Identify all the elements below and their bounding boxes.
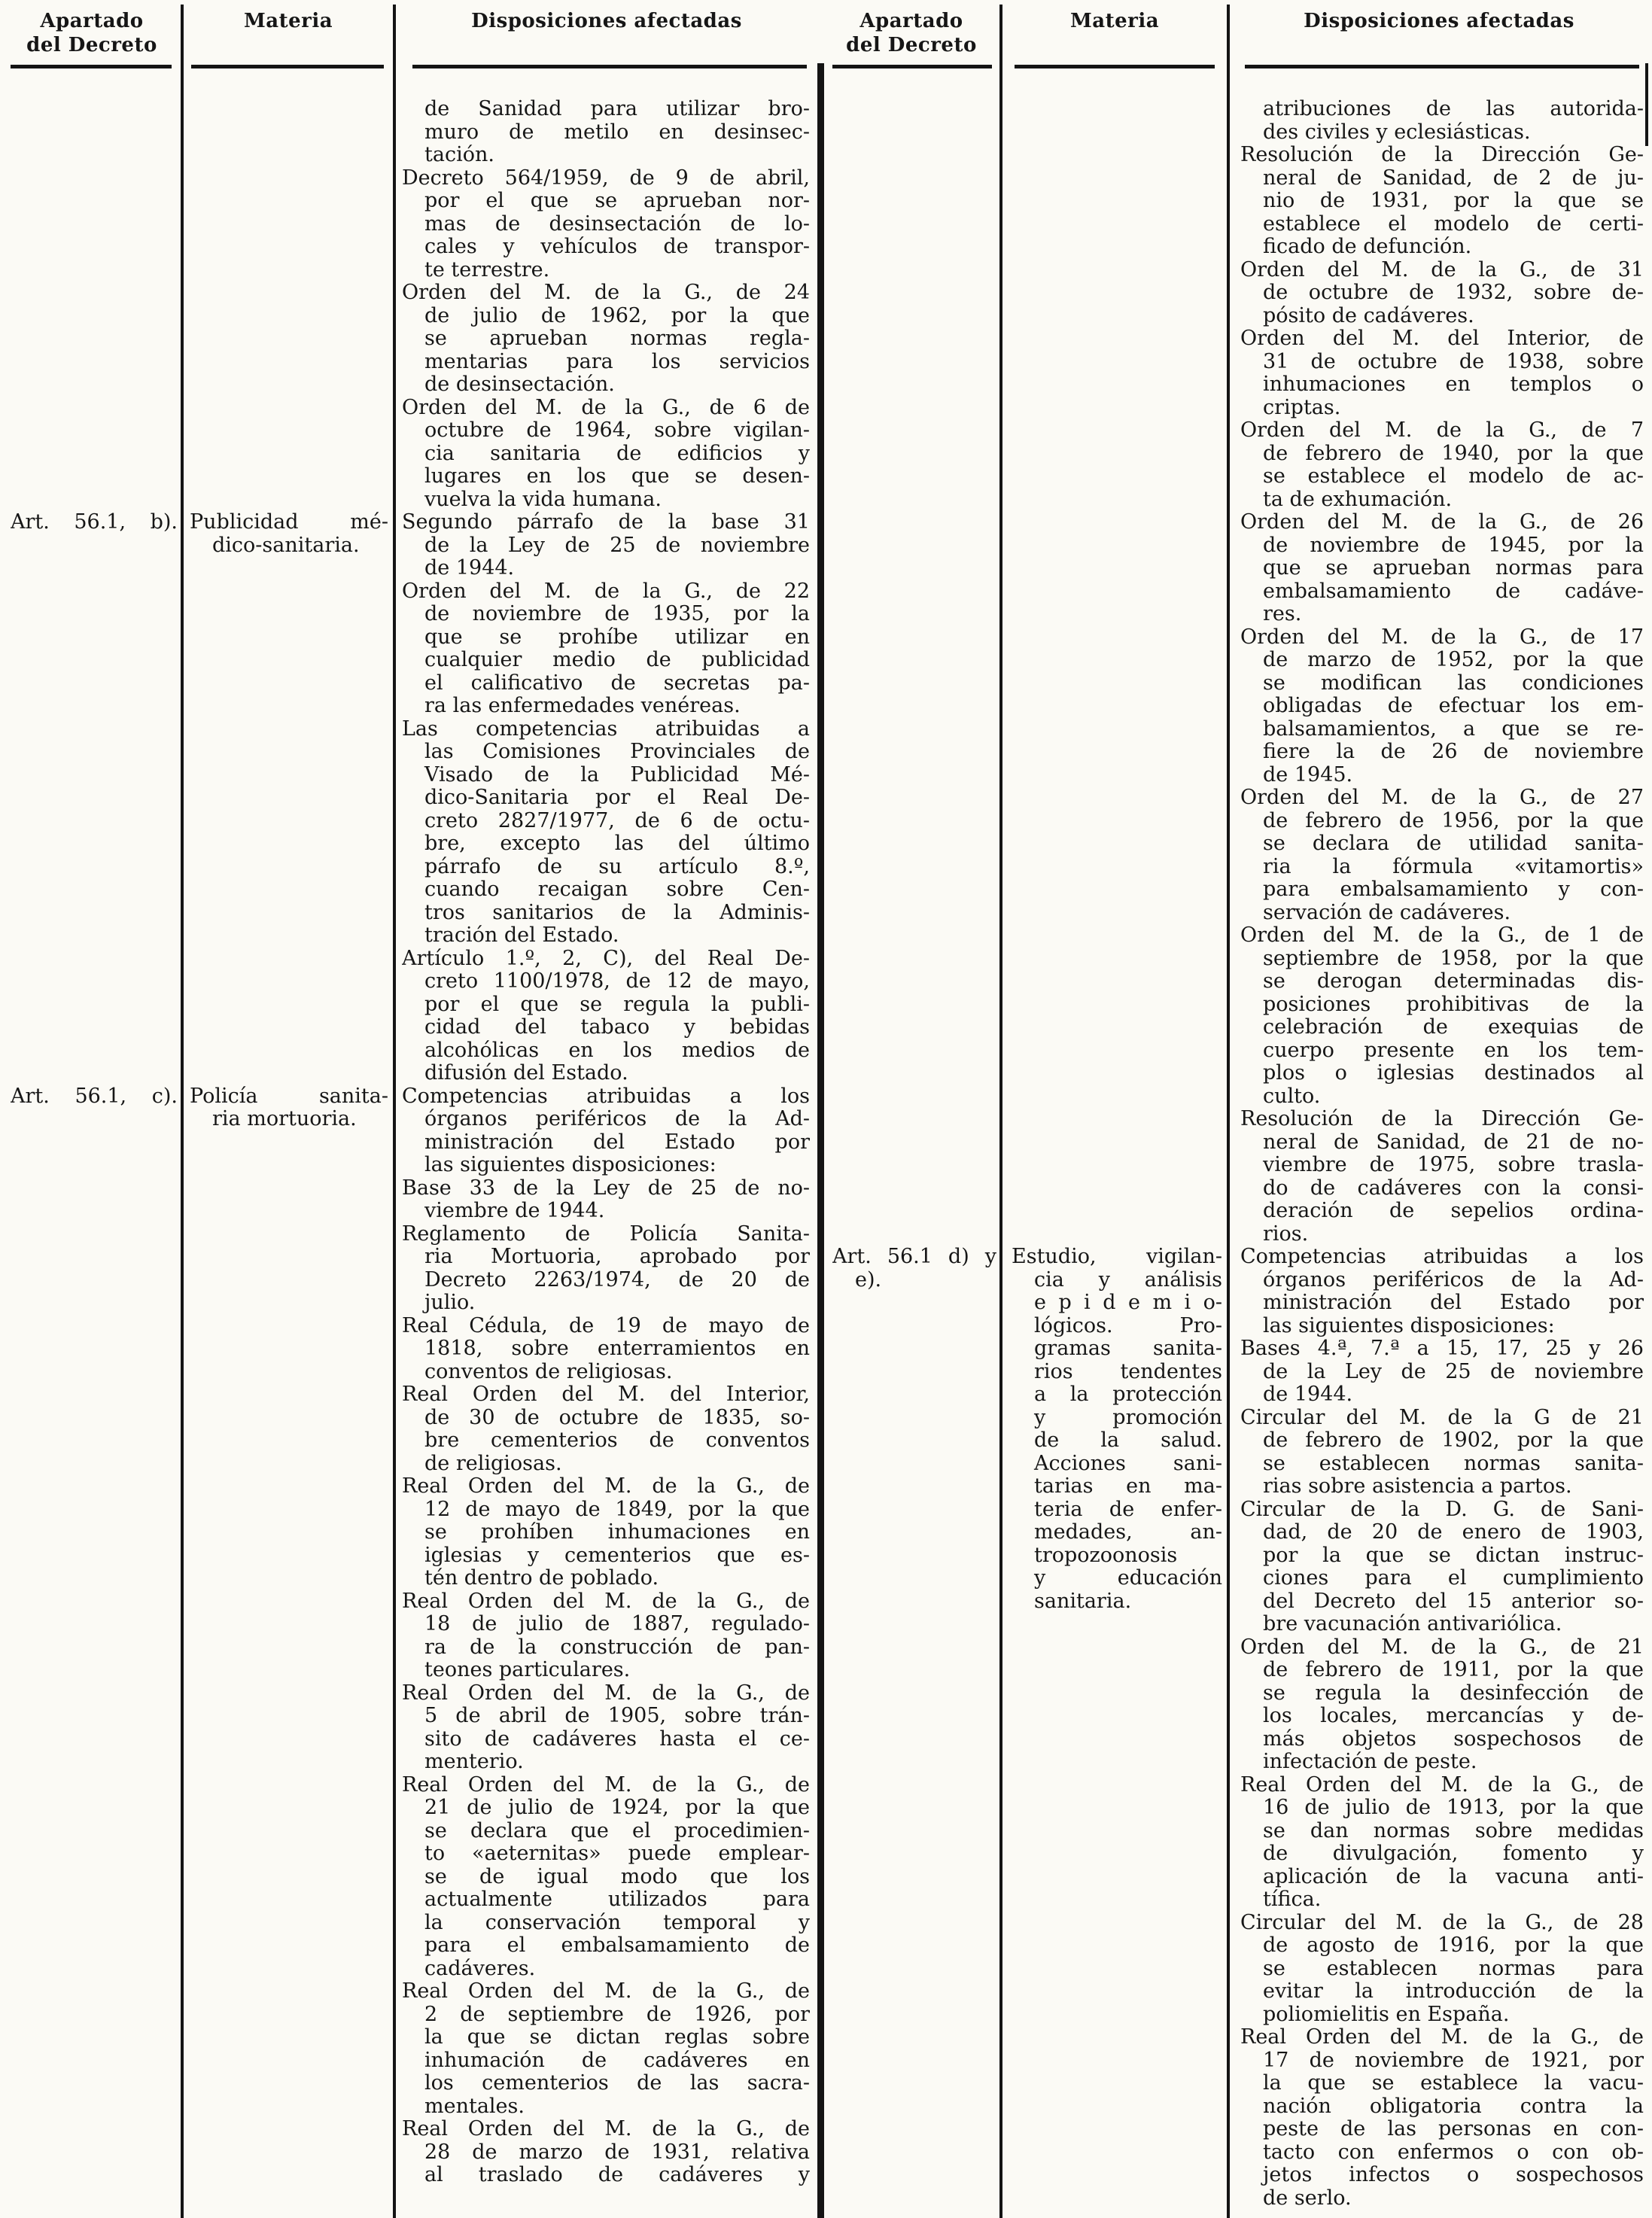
right-divider-materia-disposiciones <box>1227 5 1230 2218</box>
provision-entry: Circular de la D. G. de Sani-dad, de 20 … <box>1240 1498 1644 1636</box>
provision-entry: Artículo 1.º, 2, C), del Real De-creto 1… <box>402 948 810 1085</box>
text-line: Las competencias atribuidas a <box>402 718 810 741</box>
provision-entry: Circular del M. de la G de 21de febrero … <box>1240 1407 1644 1498</box>
materia-row: Estudio, vigilan-cia y análisise p i d e… <box>1012 1246 1222 1613</box>
text-line: obligadas de efectuar los em- <box>1240 695 1644 718</box>
text-line: de 30 de octubre de 1835, so- <box>402 1407 810 1430</box>
text-line: Real Orden del M. de la G., de <box>402 1475 810 1498</box>
text-line: ministración del Estado por <box>402 1131 810 1155</box>
provision-entry: Competencias atribuidas a losórganos per… <box>1240 1246 1644 1337</box>
text-line: tacto con enfermos o con ob- <box>1240 2141 1644 2165</box>
header-rule <box>412 65 807 68</box>
text-line: pósito de cadáveres. <box>1240 305 1644 328</box>
text-line: de 1945. <box>1240 764 1644 787</box>
provision-entry: de Sanidad para utilizar bro-muro de met… <box>402 98 810 167</box>
provision-entry: Bases 4.ª, 7.ª a 15, 17, 25 y 26de la Le… <box>1240 1337 1644 1407</box>
text-line: inhumaciones en templos o <box>1240 373 1644 397</box>
text-line: Orden del M. de la G., de 21 <box>1240 1636 1644 1660</box>
text-line: Real Cédula, de 19 de mayo de <box>402 1315 810 1338</box>
text-line: celebración de exequias de <box>1240 1016 1644 1039</box>
text-line: res. <box>1240 603 1644 626</box>
text-line: 5 de abril de 1905, sobre trán- <box>402 1705 810 1728</box>
right-edge-rule <box>1645 63 1648 146</box>
text-line: teria de enfer- <box>1012 1498 1222 1522</box>
provision-entry: Orden del M. del Interior, de31 de octub… <box>1240 327 1644 419</box>
text-line: de febrero de 1911, por la que <box>1240 1659 1644 1682</box>
text-line: embalsamamiento de cadáve- <box>1240 580 1644 604</box>
text-line: Competencias atribuidas a los <box>1240 1246 1644 1269</box>
text-line: rios. <box>1240 1223 1644 1246</box>
text-line: se derogan determinadas dis- <box>1240 970 1644 993</box>
text-line: las Comisiones Provinciales de <box>402 741 810 764</box>
text-line: iglesias y cementerios que es- <box>402 1544 810 1568</box>
right-apartado-column: Art. 56.1 d) ye). <box>832 0 996 2218</box>
text-line: de Sanidad para utilizar bro- <box>402 98 810 121</box>
provision-entry: Real Orden del M. de la G., de16 de juli… <box>1240 1774 1644 1912</box>
text-line: Reglamento de Policía Sanita- <box>402 1223 810 1246</box>
provision-entry: Real Orden del M. del Interior,de 30 de … <box>402 1383 810 1475</box>
right-divider-apartado-materia <box>999 5 1002 2218</box>
text-line: vuelva la vida humana. <box>402 488 810 512</box>
text-line: cia sanitaria de edificios y <box>402 443 810 466</box>
text-line: Resolución de la Dirección Ge- <box>1240 1108 1644 1131</box>
text-line: de religiosas. <box>402 1453 810 1476</box>
provision-entry: Orden del M. de la G., de 6 deoctubre de… <box>402 397 810 512</box>
provision-entry: Real Orden del M. de la G., de2 de septi… <box>402 1980 810 2118</box>
text-line: de 1944. <box>1240 1383 1644 1407</box>
text-line: Acciones sani- <box>1012 1453 1222 1476</box>
text-line: cuando recaigan sobre Cen- <box>402 878 810 902</box>
provision-entry: Orden del M. de la G., de 24de julio de … <box>402 281 810 397</box>
text-line: de marzo de 1952, por la que <box>1240 649 1644 672</box>
text-line: la conservación temporal y <box>402 1912 810 1935</box>
text-line: se establecen normas para <box>1240 1958 1644 1981</box>
text-line: balsamamientos, a que se re- <box>1240 718 1644 741</box>
text-line: creto 1100/1978, de 12 de mayo, <box>402 970 810 993</box>
text-line: la que se establece la vacu- <box>1240 2072 1644 2095</box>
text-line: dad, de 20 de enero de 1903, <box>1240 1521 1644 1544</box>
text-line: do de cadáveres con la consi- <box>1240 1177 1644 1200</box>
text-line: Publicidad mé- <box>190 511 388 534</box>
text-line: del Decreto del 15 anterior so- <box>1240 1590 1644 1614</box>
left-divider-apartado-materia <box>181 5 184 2218</box>
text-line: ficado de defunción. <box>1240 236 1644 259</box>
text-line: tación. <box>402 144 810 167</box>
subject-entry: Estudio, vigilan-cia y análisise p i d e… <box>1012 1246 1222 1613</box>
text-line: Real Orden del M. de la G., de <box>402 1774 810 1797</box>
text-line: cualquier medio de publicidad <box>402 649 810 672</box>
text-line: al traslado de cadáveres y <box>402 2164 810 2187</box>
text-line: rios tendentes <box>1012 1361 1222 1384</box>
text-line: des civiles y eclesiásticas. <box>1240 121 1644 145</box>
text-line: cuerpo presente en los tem- <box>1240 1039 1644 1063</box>
text-line: las siguientes disposiciones: <box>1240 1315 1644 1338</box>
text-line: poliomielitis en España. <box>1240 2004 1644 2027</box>
text-line: conventos de religiosas. <box>402 1361 810 1384</box>
text-line: Real Orden del M. de la G., de <box>1240 2026 1644 2049</box>
provision-entry: Resolución de la Dirección Ge-neral de S… <box>1240 144 1644 259</box>
text-line: nio de 1931, por la que se <box>1240 190 1644 213</box>
text-line: teones particulares. <box>402 1659 810 1682</box>
text-line: Resolución de la Dirección Ge- <box>1240 144 1644 167</box>
header-rule <box>1245 65 1639 68</box>
text-line: servación de cadáveres. <box>1240 902 1644 925</box>
text-line: de la salud. <box>1012 1429 1222 1453</box>
text-line: actualmente utilizados para <box>402 1888 810 1912</box>
provision-entry: Real Orden del M. de la G., de17 de novi… <box>1240 2026 1644 2210</box>
text-line: cia y análisis <box>1012 1269 1222 1292</box>
text-line: la que se dictan reglas sobre <box>402 2026 810 2049</box>
provision-entry: Orden del M. de la G., de 22de noviembre… <box>402 580 810 718</box>
left-header-disposiciones: Disposiciones afectadas <box>396 9 817 33</box>
provision-entry: Resolución de la Dirección Ge-neral de S… <box>1240 1108 1644 1246</box>
text-line: 18 de julio de 1887, regulado- <box>402 1613 810 1636</box>
decree-section-entry: Art. 56.1, b). <box>11 511 178 534</box>
text-line: Decreto 564/1959, de 9 de abril, <box>402 167 810 190</box>
text-line: Orden del M. de la G., de 27 <box>1240 786 1644 810</box>
text-line: aplicación de la vacuna anti- <box>1240 1866 1644 1889</box>
right-materia-column: Estudio, vigilan-cia y análisise p i d e… <box>1012 0 1222 2218</box>
left-materia-column: Publicidad mé-dico-sanitaria.Policía san… <box>190 0 388 2218</box>
text-line: tros sanitarios de la Adminis- <box>402 902 810 925</box>
text-line: ria la fórmula «vitamortis» <box>1240 856 1644 879</box>
text-line: viembre de 1944. <box>402 1200 810 1223</box>
provision-entry: Circular del M. de la G., de 28de agosto… <box>1240 1912 1644 2027</box>
text-line: de febrero de 1940, por la que <box>1240 443 1644 466</box>
text-line: Circular del M. de la G de 21 <box>1240 1407 1644 1430</box>
text-line: por el que se aprueban nor- <box>402 190 810 213</box>
text-line: más objetos sospechosos de <box>1240 1728 1644 1751</box>
subject-entry: Publicidad mé-dico-sanitaria. <box>190 511 388 557</box>
text-line: de la Ley de 25 de noviembre <box>1240 1361 1644 1384</box>
text-line: viembre de 1975, sobre trasla- <box>1240 1154 1644 1177</box>
text-line: 2 de septiembre de 1926, por <box>402 2004 810 2027</box>
text-line: Orden del M. de la G., de 31 <box>1240 259 1644 282</box>
text-line: ra las enfermedades venéreas. <box>402 695 810 718</box>
text-line: 16 de julio de 1913, por la que <box>1240 1797 1644 1820</box>
text-line: ria mortuoria. <box>190 1108 388 1131</box>
materia-row: Policía sanita-ria mortuoria. <box>190 1085 388 1131</box>
text-line: rias sobre asistencia a partos. <box>1240 1475 1644 1498</box>
text-line: ministración del Estado por <box>1240 1292 1644 1315</box>
text-line: de 1944. <box>402 557 810 580</box>
text-line: dico-Sanitaria por el Real De- <box>402 786 810 810</box>
text-line: alcohólicas en los medios de <box>402 1039 810 1063</box>
text-line: dico-sanitaria. <box>190 534 388 558</box>
text-line: atribuciones de las autorida- <box>1240 98 1644 121</box>
text-line: Real Orden del M. de la G., de <box>402 1590 810 1614</box>
text-line: lugares en los que se desen- <box>402 465 810 488</box>
text-line: de noviembre de 1945, por la <box>1240 534 1644 558</box>
text-line: de octubre de 1932, sobre de- <box>1240 281 1644 305</box>
text-line: ra de la construcción de pan- <box>402 1636 810 1660</box>
text-line: Orden del M. de la G., de 24 <box>402 281 810 305</box>
text-line: por la que se dictan instruc- <box>1240 1544 1644 1568</box>
text-line: Base 33 de la Ley de 25 de no- <box>402 1177 810 1200</box>
text-line: órganos periféricos de la Ad- <box>1240 1269 1644 1292</box>
text-line: tración del Estado. <box>402 924 810 948</box>
text-line: ciones para el cumplimiento <box>1240 1567 1644 1590</box>
text-line: Art. 56.1 d) y <box>832 1246 996 1269</box>
provision-entry: Real Orden del M. de la G., de12 de mayo… <box>402 1475 810 1590</box>
provision-entry: Orden del M. de la G., de 7de febrero de… <box>1240 419 1644 511</box>
text-line: Policía sanita- <box>190 1085 388 1109</box>
text-line: 1818, sobre enterramientos en <box>402 1337 810 1361</box>
text-line: de julio de 1962, por la que <box>402 305 810 328</box>
provision-entry: Segundo párrafo de la base 31de la Ley d… <box>402 511 810 580</box>
text-line: de la Ley de 25 de noviembre <box>402 534 810 558</box>
apartado-row: Art. 56.1 d) ye). <box>832 1246 996 1292</box>
text-line: de febrero de 1902, por la que <box>1240 1429 1644 1453</box>
right-header-disposiciones: Disposiciones afectadas <box>1230 9 1648 33</box>
text-line: párrafo de su artículo 8.º, <box>402 856 810 879</box>
text-line: 21 de julio de 1924, por la que <box>402 1797 810 1820</box>
text-line: e p i d e m i o- <box>1012 1292 1222 1315</box>
text-line: de desinsectación. <box>402 373 810 397</box>
text-line: se establece el modelo de ac- <box>1240 465 1644 488</box>
text-line: se regula la desinfección de <box>1240 1682 1644 1705</box>
provision-entry: Reglamento de Policía Sanita-ria Mortuor… <box>402 1223 810 1315</box>
text-line: para el embalsamamiento de <box>402 1934 810 1958</box>
text-line: gramas sanita- <box>1012 1337 1222 1361</box>
text-line: Orden del M. de la G., de 17 <box>1240 626 1644 650</box>
text-line: bre vacunación antivariólica. <box>1240 1613 1644 1636</box>
text-line: mentarias para los servicios <box>402 351 810 374</box>
left-divider-materia-disposiciones <box>393 5 396 2218</box>
text-line: inhumación de cadáveres en <box>402 2049 810 2073</box>
provision-entry: Decreto 564/1959, de 9 de abril,por el q… <box>402 167 810 282</box>
left-disposiciones-column: de Sanidad para utilizar bro-muro de met… <box>402 98 810 2187</box>
right-disposiciones-column: atribuciones de las autorida-des civiles… <box>1240 98 1644 2210</box>
text-line: los cementerios de las sacra- <box>402 2072 810 2095</box>
provision-entry: Orden del M. de la G., de 21de febrero d… <box>1240 1636 1644 1774</box>
text-line: Orden del M. de la G., de 7 <box>1240 419 1644 443</box>
text-line: de febrero de 1956, por la que <box>1240 810 1644 833</box>
text-line: se declara que el procedimien- <box>402 1820 810 1843</box>
text-line: deración de sepelios ordina- <box>1240 1200 1644 1223</box>
text-line: Real Orden del M. de la G., de <box>402 1682 810 1705</box>
provision-entry: Base 33 de la Ley de 25 de no-viembre de… <box>402 1177 810 1223</box>
text-line: de serlo. <box>1240 2187 1644 2210</box>
text-line: y promoción <box>1012 1407 1222 1430</box>
provision-entry: Real Orden del M. de la G., de21 de juli… <box>402 1774 810 1981</box>
text-line: Real Orden del M. de la G., de <box>402 1980 810 2004</box>
provision-entry: Real Orden del M. de la G., de28 de marz… <box>402 2118 810 2187</box>
text-line: se dan normas sobre medidas <box>1240 1820 1644 1843</box>
text-line: 12 de mayo de 1849, por la que <box>402 1498 810 1522</box>
text-line: Estudio, vigilan- <box>1012 1246 1222 1269</box>
text-line: culto. <box>1240 1085 1644 1109</box>
text-line: mentales. <box>402 2095 810 2119</box>
text-line: difusión del Estado. <box>402 1062 810 1085</box>
text-line: Competencias atribuidas a los <box>402 1085 810 1109</box>
text-line: Real Orden del M. de la G., de <box>1240 1774 1644 1797</box>
text-line: órganos periféricos de la Ad- <box>402 1108 810 1131</box>
decree-section-entry: Art. 56.1, c). <box>11 1085 178 1109</box>
provision-entry: Orden del M. de la G., de 17de marzo de … <box>1240 626 1644 787</box>
text-line: Orden del M. de la G., de 22 <box>402 580 810 604</box>
provision-entry: atribuciones de las autorida-des civiles… <box>1240 98 1644 144</box>
provision-entry: Real Cédula, de 19 de mayo de1818, sobre… <box>402 1315 810 1384</box>
text-line: que se aprueban normas para <box>1240 557 1644 580</box>
text-line: lógicos. Pro- <box>1012 1315 1222 1338</box>
text-line: ta de exhumación. <box>1240 488 1644 512</box>
decree-section-entry: Art. 56.1 d) ye). <box>832 1246 996 1292</box>
materia-row: Publicidad mé-dico-sanitaria. <box>190 511 388 557</box>
text-line: Real Orden del M. de la G., de <box>402 2118 810 2141</box>
text-line: de noviembre de 1935, por la <box>402 603 810 626</box>
text-line: tropozoonosis <box>1012 1544 1222 1568</box>
text-line: Decreto 2263/1974, de 20 de <box>402 1269 810 1292</box>
provision-entry: Orden del M. de la G., de 27de febrero d… <box>1240 786 1644 924</box>
text-line: se establecen normas sanita- <box>1240 1453 1644 1476</box>
left-apartado-column: Art. 56.1, b).Art. 56.1, c). <box>11 0 178 2218</box>
text-line: to «aeternitas» puede emplear- <box>402 1842 810 1866</box>
text-line: e). <box>832 1269 996 1292</box>
text-line: octubre de 1964, sobre vigilan- <box>402 419 810 443</box>
text-line: tén dentro de poblado. <box>402 1567 810 1590</box>
text-line: se prohíben inhumaciones en <box>402 1521 810 1544</box>
text-line: plos o iglesias destinados al <box>1240 1062 1644 1085</box>
provision-entry: Real Orden del M. de la G., de5 de abril… <box>402 1682 810 1774</box>
text-line: cales y vehículos de transpor- <box>402 236 810 259</box>
text-line: Orden del M. de la G., de 26 <box>1240 511 1644 534</box>
text-line: tífica. <box>1240 1888 1644 1912</box>
text-line: de divulgación, fomento y <box>1240 1842 1644 1866</box>
text-line: Art. 56.1, b). <box>11 511 178 534</box>
text-line: Orden del M. de la G., de 1 de <box>1240 924 1644 948</box>
provision-entry: Las competencias atribuidas alas Comisio… <box>402 718 810 948</box>
text-line: septiembre de 1958, por la que <box>1240 948 1644 971</box>
text-line: jetos infectos o sospechosos <box>1240 2164 1644 2187</box>
text-line: fiere la de 26 de noviembre <box>1240 741 1644 764</box>
text-line: Circular del M. de la G., de 28 <box>1240 1912 1644 1935</box>
text-line: neral de Sanidad, de 21 de no- <box>1240 1131 1644 1155</box>
text-line: mas de desinsectación de lo- <box>402 213 810 236</box>
text-line: 31 de octubre de 1938, sobre <box>1240 351 1644 374</box>
gazette-page: Apartado del Decreto Materia Disposicion… <box>0 0 1652 2218</box>
provision-entry: Competencias atribuidas a losórganos per… <box>402 1085 810 1177</box>
text-line: criptas. <box>1240 397 1644 420</box>
text-line: se aprueban normas regla- <box>402 327 810 351</box>
text-line: las siguientes disposiciones: <box>402 1154 810 1177</box>
text-line: tarias en ma- <box>1012 1475 1222 1498</box>
provision-entry: Real Orden del M. de la G., de18 de juli… <box>402 1590 810 1682</box>
text-line: infectación de peste. <box>1240 1751 1644 1774</box>
provision-entry: Orden del M. de la G., de 1 deseptiembre… <box>1240 924 1644 1108</box>
text-line: julio. <box>402 1292 810 1315</box>
text-line: Bases 4.ª, 7.ª a 15, 17, 25 y 26 <box>1240 1337 1644 1361</box>
text-line: Artículo 1.º, 2, C), del Real De- <box>402 948 810 971</box>
text-line: Circular de la D. G. de Sani- <box>1240 1498 1644 1522</box>
provision-entry: Orden del M. de la G., de 31de octubre d… <box>1240 259 1644 328</box>
text-line: establece el modelo de certi- <box>1240 213 1644 236</box>
text-line: Real Orden del M. del Interior, <box>402 1383 810 1407</box>
text-line: cadáveres. <box>402 1958 810 1981</box>
text-line: neral de Sanidad, de 2 de ju- <box>1240 167 1644 190</box>
text-line: Segundo párrafo de la base 31 <box>402 511 810 534</box>
text-line: bre cementerios de conventos <box>402 1429 810 1453</box>
text-line: Visado de la Publicidad Mé- <box>402 764 810 787</box>
text-line: menterio. <box>402 1751 810 1774</box>
text-line: Orden del M. del Interior, de <box>1240 327 1644 351</box>
text-line: creto 2827/1977, de 6 de octu- <box>402 810 810 833</box>
text-line: muro de metilo en desinsec- <box>402 121 810 145</box>
provision-entry: Orden del M. de la G., de 26de noviembre… <box>1240 511 1644 626</box>
text-line: nación obligatoria contra la <box>1240 2095 1644 2119</box>
text-line: se modifican las condiciones <box>1240 672 1644 695</box>
text-line: sanitaria. <box>1012 1590 1222 1614</box>
text-line: se de igual modo que los <box>402 1866 810 1889</box>
text-line: medades, an- <box>1012 1521 1222 1544</box>
text-line: y educación <box>1012 1567 1222 1590</box>
text-line: los locales, mercancías y de- <box>1240 1705 1644 1728</box>
apartado-row: Art. 56.1, b). <box>11 511 178 534</box>
text-line: peste de las personas en con- <box>1240 2118 1644 2141</box>
text-line: 17 de noviembre de 1921, por <box>1240 2049 1644 2073</box>
text-line: Orden del M. de la G., de 6 de <box>402 397 810 420</box>
text-line: te terrestre. <box>402 259 810 282</box>
text-line: evitar la introducción de la <box>1240 1980 1644 2004</box>
text-line: a la protección <box>1012 1383 1222 1407</box>
text-line: de agosto de 1916, por la que <box>1240 1934 1644 1958</box>
text-line: se declara de utilidad sanita- <box>1240 832 1644 856</box>
text-line: que se prohíbe utilizar en <box>402 626 810 650</box>
text-line: para embalsamamiento y con- <box>1240 878 1644 902</box>
text-line: cidad del tabaco y bebidas <box>402 1016 810 1039</box>
text-line: ria Mortuoria, aprobado por <box>402 1246 810 1269</box>
text-line: por el que se regula la publi- <box>402 993 810 1017</box>
text-line: sito de cadáveres hasta el ce- <box>402 1728 810 1751</box>
text-line: bre, excepto las del último <box>402 832 810 856</box>
text-line: el calificativo de secretas pa- <box>402 672 810 695</box>
subject-entry: Policía sanita-ria mortuoria. <box>190 1085 388 1131</box>
apartado-row: Art. 56.1, c). <box>11 1085 178 1109</box>
text-line: 28 de marzo de 1931, relativa <box>402 2141 810 2165</box>
text-line: Art. 56.1, c). <box>11 1085 178 1109</box>
text-line: posiciones prohibitivas de la <box>1240 993 1644 1017</box>
center-divider <box>817 63 824 2218</box>
